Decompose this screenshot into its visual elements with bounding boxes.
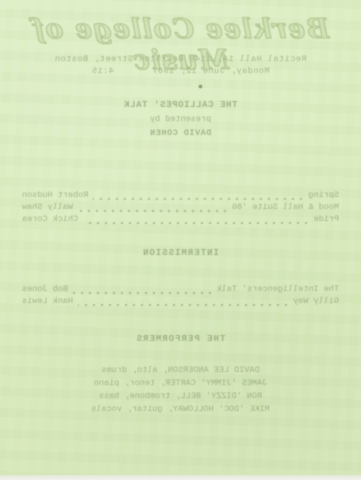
piece-composer: Bob Jones [22, 283, 68, 295]
program-first-half: Spring Robert Hudson Mood & Hall Suite '… [22, 189, 339, 225]
performer-line: DAVID LEE ANDERSON, alto, drums [0, 364, 361, 377]
date-text: Monday, June 12, 1987 [152, 66, 270, 76]
dotted-leader [83, 217, 308, 225]
piece-composer: Wally Shaw [22, 201, 73, 213]
dotted-leader [93, 193, 303, 201]
program-row: Gilly Way Hank Lewis [22, 295, 339, 307]
piece-composer: Hank Lewis [22, 295, 73, 307]
scanned-page: Berklee College of Music Recital Hall 1A… [0, 0, 361, 480]
piece-title: The Intelligencers' Talk [217, 283, 339, 295]
mirrored-bleedthrough-layer: Berklee College of Music Recital Hall 1A… [0, 0, 361, 480]
piece-title: Spring [308, 189, 339, 201]
performers-list: DAVID LEE ANDERSON, alto, drums JAMES 'J… [0, 364, 361, 416]
recital-title-block: THE CALLIOPES' TALK presented by DAVID C… [0, 100, 361, 138]
program-second-half: The Intelligencers' Talk Bob Jones Gilly… [22, 283, 339, 307]
time-text: 4:15 [91, 66, 113, 76]
performers-heading: THE PERFORMERS [0, 334, 361, 344]
piece-title: Gilly Way [293, 295, 339, 307]
ink-smudge-mark [198, 84, 203, 89]
performer-line: RON 'DIZZY' BELL, trombone, bass [0, 390, 361, 403]
program-row: Mood & Hall Suite '86 Wally Shaw [22, 201, 339, 213]
performer-line: MIKE 'DOC' HOLLOWAY, guitar, vocals [0, 403, 361, 416]
piece-title: Mood & Hall Suite '86 [232, 201, 339, 213]
program-row: The Intelligencers' Talk Bob Jones [22, 283, 339, 295]
performer-line: JAMES 'JIMMY' CARTER, tenor, piano [0, 377, 361, 390]
presenter-name: DAVID COHEN [0, 128, 361, 138]
piece-composer: Robert Hudson [22, 189, 88, 201]
dotted-leader [78, 299, 288, 307]
scan-edge-strip [0, 475, 361, 480]
program-row: Spring Robert Hudson [22, 189, 339, 201]
dotted-leader [73, 287, 212, 295]
piece-composer: Chick Corea [22, 213, 78, 225]
program-row: Pride Chick Corea [22, 213, 339, 225]
venue-line: Recital Hall 1A, 1140 Boylston Street, B… [0, 54, 361, 64]
presented-by-label: presented by [0, 114, 361, 124]
piece-title: Pride [313, 213, 339, 225]
date-line: Monday, June 12, 19874:15 [0, 66, 361, 76]
intermission-heading: INTERMISSION [0, 248, 361, 258]
dotted-leader [78, 205, 227, 213]
recital-title: THE CALLIOPES' TALK [0, 100, 361, 110]
